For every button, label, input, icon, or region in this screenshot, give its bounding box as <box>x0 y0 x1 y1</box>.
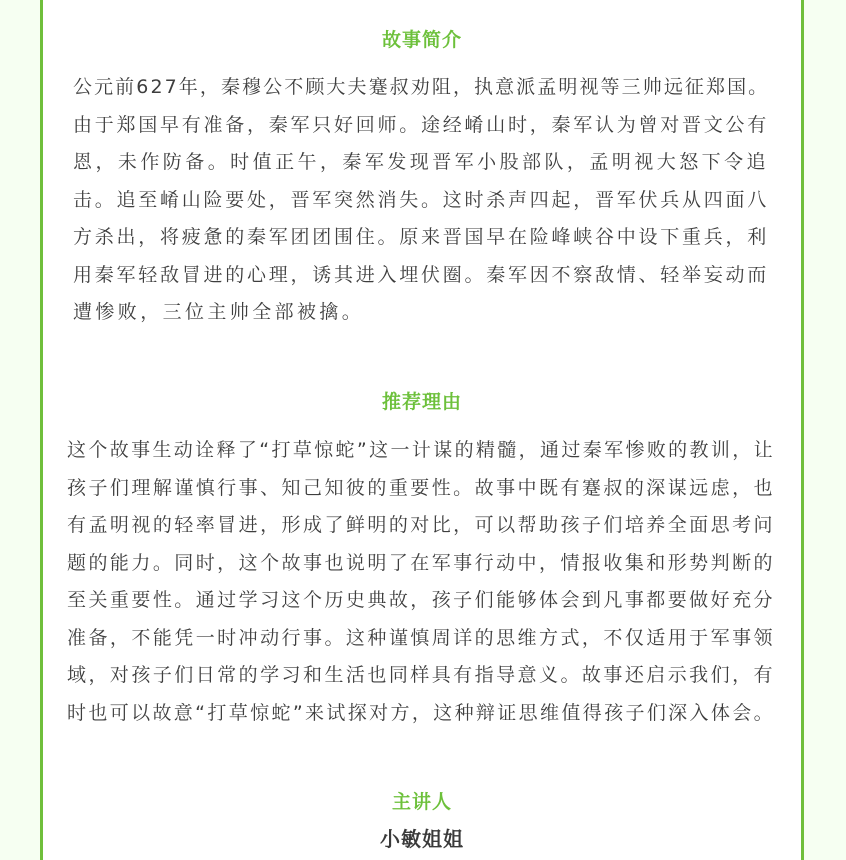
section-title-reason: 推荐理由 <box>43 389 801 415</box>
summary-line: 公元前627年，秦穆公不顾大夫蹇叔劝阻，执意派孟明视等三帅远征郑国。 <box>73 69 769 107</box>
summary-paragraph: 公元前627年，秦穆公不顾大夫蹇叔劝阻，执意派孟明视等三帅远征郑国。 由于郑国早… <box>73 69 769 332</box>
section-title-summary: 故事简介 <box>43 27 801 53</box>
reason-line: 准备，不能凭一时冲动行事。这种谨慎周详的思维方式，不仅适用于军事领 <box>67 620 775 658</box>
reason-line: 这个故事生动诠释了“打草惊蛇”这一计谋的精髓，通过秦军惨败的教训，让 <box>67 432 775 470</box>
reason-line: 域，对孩子们日常的学习和生活也同样具有指导意义。故事还启示我们，有 <box>67 657 775 695</box>
summary-line: 用秦军轻敌冒进的心理，诱其进入埋伏圈。秦军因不察敌情、轻举妄动而 <box>73 257 769 295</box>
summary-line: 击。追至崤山险要处，晋军突然消失。这时杀声四起，晋军伏兵从四面八 <box>73 182 769 220</box>
reason-paragraph: 这个故事生动诠释了“打草惊蛇”这一计谋的精髓，通过秦军惨败的教训，让 孩子们理解… <box>67 432 775 732</box>
reason-line: 题的能力。同时，这个故事也说明了在军事行动中，情报收集和形势判断的 <box>67 545 775 583</box>
summary-line: 恩，未作防备。时值正午，秦军发现晋军小股部队，孟明视大怒下令追 <box>73 144 769 182</box>
reason-line: 孩子们理解谨慎行事、知己知彼的重要性。故事中既有蹇叔的深谋远虑，也 <box>67 470 775 508</box>
speaker-name: 小敏姐姐 <box>43 825 801 853</box>
article-card: 故事简介 公元前627年，秦穆公不顾大夫蹇叔劝阻，执意派孟明视等三帅远征郑国。 … <box>40 0 804 860</box>
summary-line: 方杀出，将疲惫的秦军团团围住。原来晋国早在险峰峡谷中设下重兵，利 <box>73 219 769 257</box>
reason-line: 时也可以故意“打草惊蛇”来试探对方，这种辩证思维值得孩子们深入体会。 <box>67 695 775 733</box>
summary-line: 遭惨败，三位主帅全部被擒。 <box>73 294 769 332</box>
section-title-speaker: 主讲人 <box>43 789 801 815</box>
summary-line: 由于郑国早有准备，秦军只好回师。途经崤山时，秦军认为曾对晋文公有 <box>73 107 769 145</box>
reason-line: 有孟明视的轻率冒进，形成了鲜明的对比，可以帮助孩子们培养全面思考问 <box>67 507 775 545</box>
reason-line: 至关重要性。通过学习这个历史典故，孩子们能够体会到凡事都要做好充分 <box>67 582 775 620</box>
